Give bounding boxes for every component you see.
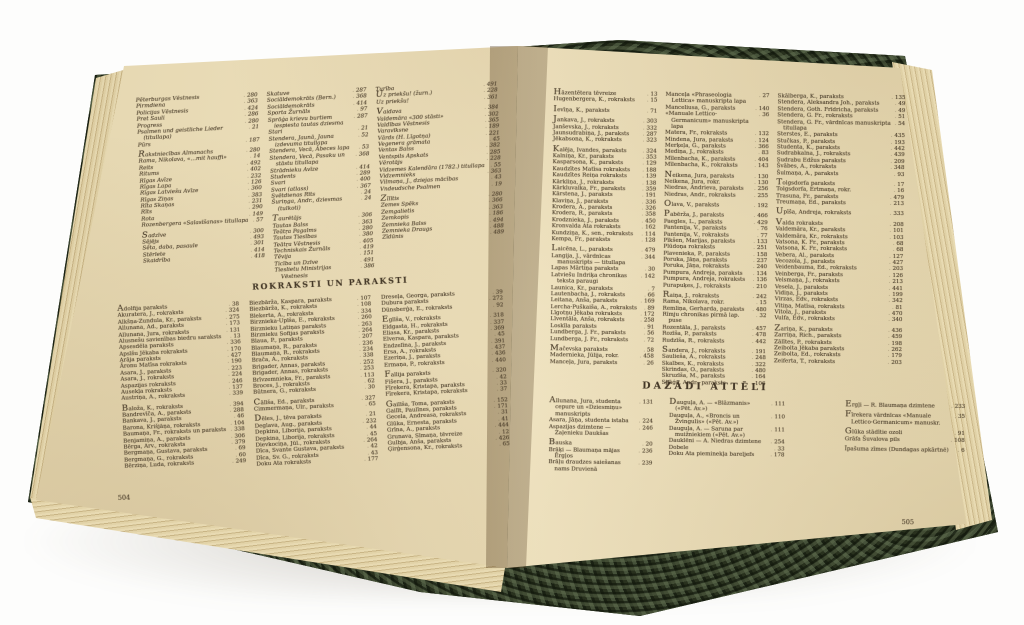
- entry-page-ref: 93: [894, 171, 905, 178]
- entry-page-ref: 418: [251, 253, 266, 260]
- entry-title: Kempa, Fr., paraksts: [552, 236, 639, 244]
- entry-page-ref: 65: [499, 441, 510, 448]
- index-column: Dauguļa, A. — «Blāzmanis» («Pēt. Av.»)11…: [668, 400, 785, 476]
- entry-page-ref: 111: [771, 401, 785, 408]
- entry-title: Rudzīša, R., rokraksts: [662, 337, 749, 345]
- entry-page-ref: 246: [639, 425, 653, 432]
- index-entry: Brāļu draudzes saiešanas nams Druvienā23…: [548, 460, 652, 474]
- left-index-top: Pēterburgas Vēstnesis280Pirmdiena363Poli…: [136, 81, 506, 286]
- section-heading-dazadi-atteli: DAŽĀDI ATTĒLI: [575, 381, 835, 395]
- index-column: Manceļa «Phraseologia Lettica» manuskrip…: [662, 92, 770, 388]
- entry-page-ref: 386: [360, 263, 375, 270]
- entry-page-ref: 30: [364, 384, 375, 391]
- index-column: Skatuve287Sociāldemokrāts (Bern.)368Soci…: [267, 87, 375, 280]
- entry-page-ref: 65: [365, 401, 376, 408]
- entry-page-ref: 52: [358, 132, 369, 139]
- drop-cap: I: [553, 104, 557, 114]
- entry-page-ref: 249: [232, 458, 247, 465]
- drop-cap: D: [669, 397, 676, 407]
- left-page-text: Pēterburgas Vēstnesis280Pirmdiena363Poli…: [90, 46, 542, 555]
- entry-title: Zeiferta, T., rokraksts: [774, 358, 885, 366]
- entry-page-ref: 71: [647, 108, 658, 115]
- entry-page-ref: 128: [641, 237, 655, 244]
- entry-title: Brāļu draudzes saiešanas nams Druvienā: [548, 460, 635, 474]
- drop-cap: O: [664, 199, 671, 209]
- drop-cap: E: [845, 399, 852, 409]
- entry-title: Fīrekera vārdnīcas «Manuale Lettico-Germ…: [845, 413, 951, 427]
- entry-page-ref: 192: [754, 203, 768, 210]
- drop-cap: A: [549, 395, 556, 405]
- entry-page-ref: 236: [638, 448, 652, 455]
- entry-page-ref: 35: [954, 414, 965, 421]
- entry-page-ref: 15: [647, 98, 658, 105]
- entry-page-ref: 287: [353, 113, 368, 120]
- entry-page-ref: 178: [770, 452, 784, 459]
- entry-title: Purapuķes, J., rokraksts: [663, 282, 750, 290]
- entry-title: Olava, V., paraksts: [664, 202, 751, 210]
- index-entry: Allunana, Jura, studenta cepure un «Dzie…: [549, 398, 653, 419]
- entry-page-ref: 489: [490, 229, 505, 236]
- entry-page-ref: 333: [890, 211, 904, 218]
- entry-page-ref: 27: [759, 93, 770, 100]
- entry-page-ref: 368: [355, 151, 370, 158]
- index-column: Biezbārža, Kaspara, paraksts107Biezbārža…: [249, 295, 378, 468]
- right-index-bottom: Allunana, Jura, studenta cepure un «Dzie…: [548, 398, 965, 478]
- entry-title: Rīmju chronikas pirmā lap. puse: [662, 312, 752, 326]
- drop-cap: F: [845, 410, 851, 420]
- entry-title: «Manuale Lettico-Germanicum» manuskripta…: [665, 111, 756, 131]
- entry-title: Aspazijas dzimtene — Zaļenieku Daukšas: [549, 424, 636, 438]
- entry-page-ref: 72: [643, 337, 654, 344]
- entry-page-ref: 24: [361, 196, 372, 203]
- entry-page-ref: 210: [753, 283, 767, 290]
- entry-page-ref: 344: [641, 254, 655, 261]
- entry-title: Mīlenbacha, K., rokraksts: [665, 162, 752, 170]
- entry-page-ref: 108: [950, 437, 964, 444]
- entry-page-ref: 213: [890, 201, 904, 208]
- entry-title: Manceļa, Jura, paraksts: [550, 359, 640, 367]
- page-number-left: 504: [118, 494, 131, 502]
- entry-page-ref: 340: [888, 317, 902, 324]
- entry-page-ref: 339: [229, 390, 244, 397]
- entry-page-ref: 37: [496, 386, 507, 393]
- entry-page-ref: 187: [245, 137, 260, 144]
- index-entry: Fīrekera vārdnīcas «Manuale Lettico-Germ…: [845, 413, 965, 427]
- entry-page-ref: 19: [491, 181, 502, 188]
- entry-page-ref: 440: [492, 357, 507, 364]
- entry-page-ref: 131: [639, 399, 653, 406]
- index-entry: Doku Ata pieminekļa bareljefs178: [669, 451, 785, 459]
- entry-title: Latviešu Indriķa chronikas teksta paraug…: [551, 272, 638, 286]
- left-index-bottom: Adolfija paraksts38Akuratera, J., rokrak…: [117, 289, 510, 474]
- index-column: Ergļi — R. Blaumaņa dzimtene233Fīrekera …: [844, 402, 965, 478]
- entry-page-ref: 233: [951, 404, 965, 411]
- entry-page-ref: 239: [638, 461, 652, 468]
- entry-title: Manceļa «Phraseologia Lettica» manuskrip…: [665, 92, 755, 106]
- index-column: Adolfija paraksts38Akuratera, J., rokrak…: [117, 301, 246, 474]
- entry-page-ref: 111: [771, 427, 785, 434]
- index-column: Dreseļa, Georga, paraksts39Dubura paraks…: [381, 289, 510, 462]
- entry-page-ref: 142: [641, 273, 655, 280]
- entry-page-ref: 361: [484, 94, 499, 101]
- index-entry: Īpašuma zīmes (Dundagas apkārtnē)6: [845, 446, 965, 454]
- entry-page-ref: 57: [253, 217, 264, 224]
- entry-page-ref: 92: [493, 302, 504, 309]
- entry-title: Jēkabsona, K., rokraksts: [553, 136, 640, 144]
- entry-title: Hugenbergera, K., rokraksts: [553, 97, 643, 105]
- book-photo: Pēterburgas Vēstnesis280Pirmdiena363Poli…: [0, 0, 1024, 625]
- entry-title: Lundberga, J. Fr., rokraksts: [550, 336, 640, 344]
- drop-cap: U: [776, 207, 784, 217]
- entry-page-ref: 177: [364, 456, 379, 463]
- entry-page-ref: 54: [894, 120, 905, 127]
- entry-page-ref: 143: [754, 163, 768, 170]
- entry-title: Niedras, Andr., rokraksts: [664, 191, 751, 199]
- entry-title: Ievīņa, K., paraksts: [553, 107, 643, 115]
- entry-page-ref: 36: [759, 112, 770, 119]
- entry-title: Doku Ata pieminekļa bareljefs: [669, 451, 768, 459]
- entry-page-ref: 32: [756, 313, 767, 320]
- entry-page-ref: 442: [752, 338, 766, 345]
- entry-page-ref: 255: [754, 193, 768, 200]
- entry-page-ref: 203: [888, 360, 902, 367]
- entry-title: Allunana, Jura, studenta cepure un «Dzie…: [549, 398, 636, 418]
- index-column: Turība491Uz priekšu! (žurn.)228Uz priekš…: [375, 81, 505, 275]
- right-index-top: Hāzentētera tēvreize13Hugenbergera, K., …: [550, 90, 906, 389]
- entry-title: Īpašuma zīmes (Dundagas apkārtnē): [845, 446, 955, 454]
- entry-page-ref: 21: [248, 124, 259, 131]
- page-number-right: 505: [902, 519, 915, 527]
- index-entry: Aspazijas dzimtene — Zaļenieku Daukšas24…: [549, 424, 653, 438]
- index-column: Allunana, Jura, studenta cepure un «Dzie…: [548, 398, 653, 474]
- index-column: Hāzentētera tēvreize13Hugenbergera, K., …: [550, 90, 658, 386]
- right-page-text: Hāzentētera tēvreize13Hugenbergera, K., …: [533, 64, 970, 560]
- index-column: Pēterburgas Vēstnesis280Pirmdiena363Poli…: [136, 92, 266, 286]
- entry-page-ref: 6: [957, 448, 964, 454]
- index-entry: Zeiferta, T., rokraksts203: [774, 358, 902, 366]
- entry-page-ref: 323: [643, 138, 657, 145]
- entry-page-ref: 110: [771, 414, 785, 421]
- entry-page-ref: 26: [643, 360, 654, 367]
- index-column: Skālberga, K., paraksts135Stendera, Alek…: [774, 93, 906, 389]
- index-entry: «Manuale Lettico-Germanicum» manuskripta…: [665, 111, 769, 132]
- index-entry: Manceļa, Jura, paraksts26: [550, 359, 654, 367]
